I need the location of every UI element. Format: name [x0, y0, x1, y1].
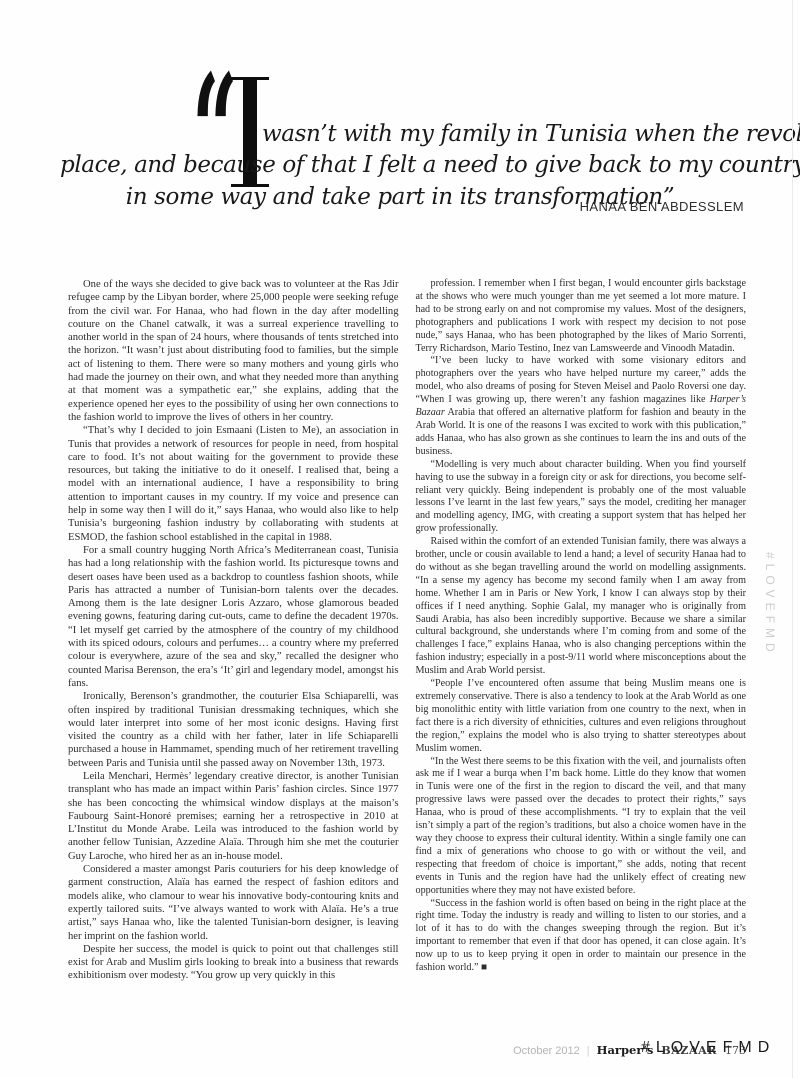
footer-issue-date: October 2012	[513, 1045, 580, 1057]
right-column: profession. I remember when I first bega…	[416, 278, 747, 1044]
footer-divider: |	[587, 1045, 590, 1057]
article-paragraph: “Success in the fashion world is often b…	[416, 898, 747, 975]
page-edge-line	[792, 0, 793, 1078]
article-paragraph: Despite her success, the model is quick …	[68, 943, 399, 983]
paragraph-text: “I’ve been lucky to have worked with som…	[416, 355, 747, 405]
paragraph-text: Arabia that offered an alternative platf…	[416, 407, 747, 457]
article-paragraph: “I’ve been lucky to have worked with som…	[416, 355, 747, 458]
article-paragraph: Leila Menchari, Hermès’ legendary creati…	[68, 770, 399, 863]
article-paragraph: Raised within the comfort of an extended…	[416, 536, 747, 678]
article-paragraph: profession. I remember when I first bega…	[416, 278, 747, 355]
article-paragraph: For a small country hugging North Africa…	[68, 544, 399, 690]
quote-line-2: place, and because of that I felt a need…	[60, 152, 740, 178]
article-paragraph: “That’s why I decided to join Esmaani (L…	[68, 424, 399, 544]
article-paragraph: “Modelling is very much about character …	[416, 459, 747, 536]
left-column: One of the ways she decided to give back…	[68, 278, 399, 1044]
article-paragraph: “In the West there seems to be this fixa…	[416, 756, 747, 898]
magazine-page: “ I wasn’t with my family in Tunisia whe…	[0, 0, 800, 1078]
article-body: One of the ways she decided to give back…	[68, 278, 746, 1044]
page-footer: October 2012 | Harper’s BAZAAR 173	[0, 1041, 746, 1059]
watermark-side: #LOVEFMD	[763, 552, 777, 657]
pull-quote: “ I wasn’t with my family in Tunisia whe…	[0, 0, 800, 230]
quote-line-1: wasn’t with my family in Tunisia when th…	[262, 121, 800, 147]
article-paragraph: “People I’ve encountered often assume th…	[416, 678, 747, 755]
article-paragraph: One of the ways she decided to give back…	[68, 278, 399, 424]
watermark-bottom: #LOVEFMD	[641, 1039, 775, 1057]
article-paragraph: Ironically, Berenson’s grandmother, the …	[68, 690, 399, 770]
article-paragraph: Considered a master amongst Paris coutur…	[68, 863, 399, 943]
quote-attribution: HANAA BEN ABDESSLEM	[580, 199, 744, 214]
